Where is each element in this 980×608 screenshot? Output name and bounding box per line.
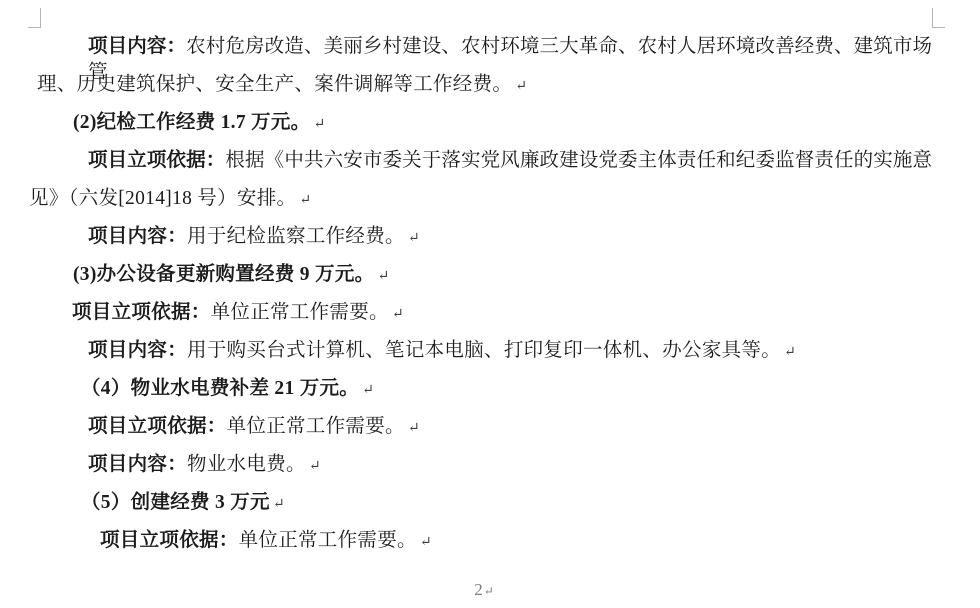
paragraph-mark-icon: ↵ xyxy=(313,117,325,132)
line-text: 理、历史建筑保护、安全生产、案件调解等工作经费。 xyxy=(37,74,512,95)
paragraph-mark-icon: ↵ xyxy=(515,79,527,94)
paragraph-mark-icon: ↵ xyxy=(408,421,420,436)
line-text-bold: （5）创建经费 3 万元 xyxy=(81,492,270,513)
document-line: （5）创建经费 3 万元↵ xyxy=(81,490,285,518)
line-text-bold: (3)办公设备更新购置经费 9 万元。 xyxy=(73,264,374,285)
paragraph-mark-icon: ↵ xyxy=(784,345,796,360)
paragraph-mark-icon: ↵ xyxy=(309,459,321,474)
document-page: 项目内容：农村危房改造、美丽乡村建设、农村环境三大革命、农村人居环境改善经费、建… xyxy=(0,0,980,608)
text-boundary-mark-top-right-vertical xyxy=(932,8,933,28)
line-text-bold: 项目内容： xyxy=(88,36,186,57)
line-text: 单位正常工作需要。 xyxy=(227,416,405,437)
document-line: (2)纪检工作经费 1.7 万元。↵ xyxy=(73,110,325,138)
paragraph-mark-icon: ↵ xyxy=(392,307,404,322)
line-text-bold: 项目内容： xyxy=(88,454,187,475)
document-line: 理、历史建筑保护、安全生产、案件调解等工作经费。↵ xyxy=(37,72,527,100)
line-text: 用于纪检监察工作经费。 xyxy=(187,226,405,247)
document-line: 项目内容：物业水电费。↵ xyxy=(88,452,321,480)
page-number: 2 xyxy=(474,580,483,599)
document-line: 项目立项依据：单位正常工作需要。↵ xyxy=(88,414,420,442)
line-text-bold: (2)纪检工作经费 1.7 万元。 xyxy=(73,112,310,133)
paragraph-mark-icon: ↵ xyxy=(362,383,374,398)
document-line: (3)办公设备更新购置经费 9 万元。↵ xyxy=(73,262,389,290)
line-text: 单位正常工作需要。 xyxy=(239,530,417,551)
document-line: 项目内容：用于纪检监察工作经费。↵ xyxy=(88,224,420,252)
paragraph-mark-icon: ↵ xyxy=(273,497,285,512)
document-line: 项目立项依据：根据《中共六安市委关于落实党风廉政建设党委主体责任和纪委监督责任的… xyxy=(88,148,932,174)
line-text: 物业水电费。 xyxy=(187,454,306,475)
line-text: 用于购买台式计算机、笔记本电脑、打印复印一体机、办公家具等。 xyxy=(187,340,781,361)
document-line: （4）物业水电费补差 21 万元。↵ xyxy=(81,376,374,404)
text-boundary-mark-top-left-vertical xyxy=(40,8,41,28)
line-text: 根据《中共六安市委关于落实党风廉政建设党委主体责任和纪委监督责任的实施意 xyxy=(225,150,932,171)
page-footer: 2↵ xyxy=(0,580,968,600)
paragraph-mark-icon: ↵ xyxy=(299,193,311,208)
document-line: 见》（六发[2014]18 号）安排。↵ xyxy=(29,186,311,214)
document-line: 项目立项依据：单位正常工作需要。↵ xyxy=(100,528,432,556)
paragraph-mark-icon: ↵ xyxy=(377,269,389,284)
document-line: 项目立项依据：单位正常工作需要。↵ xyxy=(72,300,404,328)
line-text-bold: 项目立项依据： xyxy=(72,302,211,323)
paragraph-mark-icon: ↵ xyxy=(484,584,494,598)
line-text-bold: 项目立项依据： xyxy=(88,416,227,437)
paragraph-mark-icon: ↵ xyxy=(408,231,420,246)
text-boundary-mark-top-left-horizontal xyxy=(28,27,41,28)
line-text-bold: 项目内容： xyxy=(88,226,187,247)
line-text: 单位正常工作需要。 xyxy=(211,302,389,323)
line-text-bold: （4）物业水电费补差 21 万元。 xyxy=(81,378,359,399)
text-boundary-mark-top-right-horizontal xyxy=(932,27,945,28)
line-text: 见》（六发[2014]18 号）安排。 xyxy=(29,188,296,209)
paragraph-mark-icon: ↵ xyxy=(420,535,432,550)
line-text-bold: 项目内容： xyxy=(88,340,187,361)
document-line: 项目内容：用于购买台式计算机、笔记本电脑、打印复印一体机、办公家具等。↵ xyxy=(88,338,796,366)
line-text-bold: 项目立项依据： xyxy=(88,150,225,171)
line-text-bold: 项目立项依据： xyxy=(100,530,239,551)
